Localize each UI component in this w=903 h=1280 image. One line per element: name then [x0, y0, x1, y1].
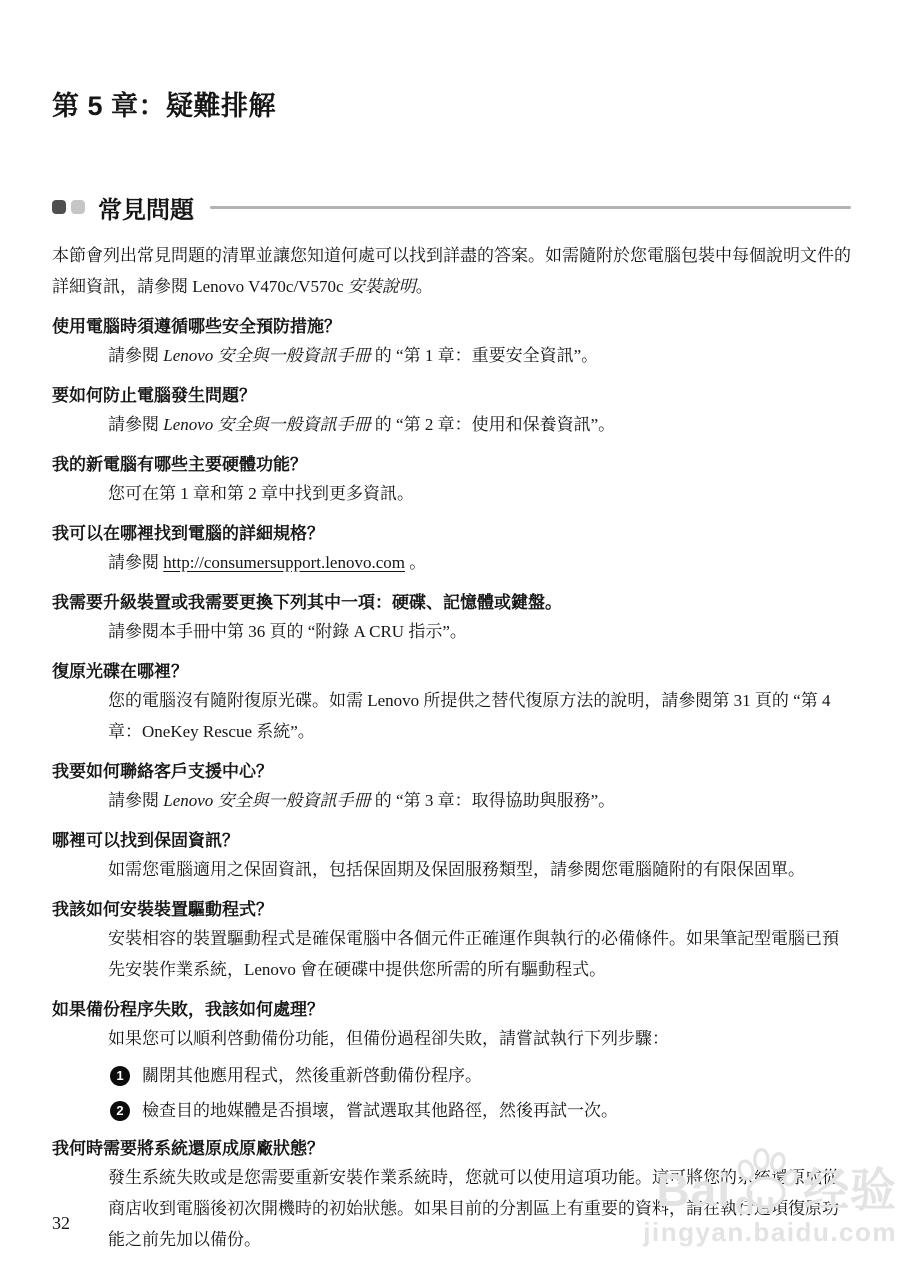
- section-bullet-dark-icon: [52, 200, 66, 214]
- answer-text: 請參閱: [108, 553, 163, 572]
- faq-item: 我該如何安裝裝置驅動程式？安裝相容的裝置驅動程式是確保電腦中各個元件正確運作與執…: [52, 897, 851, 985]
- faq-answer: 您可在第 1 章和第 2 章中找到更多資訊。: [52, 478, 851, 509]
- step-number-badge: 2: [110, 1101, 130, 1121]
- baidu-logo-bai: Bai: [656, 1167, 731, 1213]
- section-bullet-light-icon: [71, 200, 85, 214]
- faq-list: 使用電腦時須遵循哪些安全預防措施？請參閱 Lenovo 安全與一般資訊手冊 的 …: [52, 314, 851, 1255]
- answer-text: 安裝相容的裝置驅動程式是確保電腦中各個元件正確運作與執行的必備條件。如果筆記型電…: [108, 929, 839, 979]
- answer-text: 請參閱本手冊中第 36 頁的 “附錄 A CRU 指示”。: [108, 622, 467, 641]
- faq-item: 我要如何聯絡客戶支援中心？請參閱 Lenovo 安全與一般資訊手冊 的 “第 3…: [52, 759, 851, 816]
- baidu-logo-cn: 经验: [803, 1167, 897, 1213]
- doc-title-italic: 安裝說明: [348, 277, 416, 296]
- doc-title-italic: Lenovo 安全與一般資訊手冊: [163, 791, 370, 810]
- section-rule-divider: [210, 206, 851, 209]
- doc-title-italic: Lenovo 安全與一般資訊手冊: [163, 415, 370, 434]
- answer-text: 如需您電腦適用之保固資訊，包括保固期及保固服務類型，請參閱您電腦隨附的有限保固單…: [108, 860, 805, 879]
- chapter-title: 第 5 章：疑難排解: [52, 84, 851, 123]
- faq-question: 我該如何安裝裝置驅動程式？: [52, 897, 851, 923]
- faq-step: 2檢查目的地媒體是否損壞，嘗試選取其他路徑，然後再試一次。: [52, 1098, 851, 1124]
- faq-answer: 請參閱 Lenovo 安全與一般資訊手冊 的 “第 1 章：重要安全資訊”。: [52, 340, 851, 371]
- faq-item: 要如何防止電腦發生問題？請參閱 Lenovo 安全與一般資訊手冊 的 “第 2 …: [52, 383, 851, 440]
- faq-question: 我需要升級裝置或我需要更換下列其中一項：硬碟、記憶體或鍵盤。: [52, 590, 851, 616]
- intro-text-post: 。: [416, 277, 433, 296]
- faq-answer: 您的電腦沒有隨附復原光碟。如需 Lenovo 所提供之替代復原方法的說明，請參閱…: [52, 685, 851, 747]
- support-url-link[interactable]: http://consumersupport.lenovo.com: [163, 553, 405, 572]
- faq-item: 如果備份程序失敗，我該如何處理？如果您可以順利啓動備份功能，但備份過程卻失敗，請…: [52, 997, 851, 1124]
- baidu-logo: Bai du 经验: [643, 1155, 897, 1213]
- section-header: 常見問題: [52, 189, 851, 225]
- faq-question: 復原光碟在哪裡？: [52, 659, 851, 685]
- faq-question: 使用電腦時須遵循哪些安全預防措施？: [52, 314, 851, 340]
- page-number: 32: [52, 1213, 70, 1234]
- faq-step: 1關閉其他應用程式，然後重新啓動備份程序。: [52, 1063, 851, 1089]
- faq-answer: 如需您電腦適用之保固資訊，包括保固期及保固服務類型，請參閱您電腦隨附的有限保固單…: [52, 854, 851, 885]
- intro-paragraph: 本節會列出常見問題的清單並讓您知道何處可以找到詳盡的答案。如需隨附於您電腦包裝中…: [52, 240, 851, 302]
- answer-text: 的 “第 1 章：重要安全資訊”。: [371, 346, 599, 365]
- step-text: 關閉其他應用程式，然後重新啓動備份程序。: [142, 1063, 482, 1089]
- answer-text: 如果您可以順利啓動備份功能，但備份過程卻失敗，請嘗試執行下列步驟：: [108, 1029, 669, 1048]
- faq-item: 哪裡可以找到保固資訊？如需您電腦適用之保固資訊，包括保固期及保固服務類型，請參閱…: [52, 828, 851, 885]
- faq-answer: 安裝相容的裝置驅動程式是確保電腦中各個元件正確運作與執行的必備條件。如果筆記型電…: [52, 923, 851, 985]
- answer-text: 。: [405, 553, 426, 572]
- faq-answer: 如果您可以順利啓動備份功能，但備份過程卻失敗，請嘗試執行下列步驟：: [52, 1023, 851, 1054]
- faq-item: 我需要升級裝置或我需要更換下列其中一項：硬碟、記憶體或鍵盤。請參閱本手冊中第 3…: [52, 590, 851, 647]
- answer-text: 的 “第 2 章：使用和保養資訊”。: [371, 415, 616, 434]
- answer-text: 請參閱: [108, 346, 163, 365]
- answer-text: 的 “第 3 章：取得協助與服務”。: [371, 791, 616, 810]
- faq-answer: 請參閱 Lenovo 安全與一般資訊手冊 的 “第 3 章：取得協助與服務”。: [52, 785, 851, 816]
- doc-title-italic: Lenovo 安全與一般資訊手冊: [163, 346, 370, 365]
- faq-question: 我可以在哪裡找到電腦的詳細規格？: [52, 521, 851, 547]
- faq-answer: 請參閱 Lenovo 安全與一般資訊手冊 的 “第 2 章：使用和保養資訊”。: [52, 409, 851, 440]
- faq-answer: 請參閱 http://consumersupport.lenovo.com 。: [52, 547, 851, 578]
- step-text: 檢查目的地媒體是否損壞，嘗試選取其他路徑，然後再試一次。: [142, 1098, 618, 1124]
- faq-question: 要如何防止電腦發生問題？: [52, 383, 851, 409]
- faq-question: 如果備份程序失敗，我該如何處理？: [52, 997, 851, 1023]
- answer-text: 您可在第 1 章和第 2 章中找到更多資訊。: [108, 484, 414, 503]
- baidu-logo-du: du: [735, 1187, 776, 1219]
- intro-text-pre: 本節會列出常見問題的清單並讓您知道何處可以找到詳盡的答案。如需隨附於您電腦包裝中…: [52, 246, 851, 296]
- faq-question: 哪裡可以找到保固資訊？: [52, 828, 851, 854]
- faq-question: 我的新電腦有哪些主要硬體功能？: [52, 452, 851, 478]
- answer-text: 請參閱: [108, 791, 163, 810]
- faq-item: 復原光碟在哪裡？您的電腦沒有隨附復原光碟。如需 Lenovo 所提供之替代復原方…: [52, 659, 851, 747]
- baidu-paw-icon: du: [733, 1155, 799, 1215]
- answer-text: 請參閱: [108, 415, 163, 434]
- faq-question: 我要如何聯絡客戶支援中心？: [52, 759, 851, 785]
- faq-item: 我可以在哪裡找到電腦的詳細規格？請參閱 http://consumersuppo…: [52, 521, 851, 578]
- step-number-badge: 1: [110, 1066, 130, 1086]
- faq-answer: 請參閱本手冊中第 36 頁的 “附錄 A CRU 指示”。: [52, 616, 851, 647]
- faq-item: 使用電腦時須遵循哪些安全預防措施？請參閱 Lenovo 安全與一般資訊手冊 的 …: [52, 314, 851, 371]
- faq-item: 我的新電腦有哪些主要硬體功能？您可在第 1 章和第 2 章中找到更多資訊。: [52, 452, 851, 509]
- watermark: Bai du 经验 jingyan.baidu.com: [643, 1155, 897, 1248]
- watermark-url: jingyan.baidu.com: [643, 1217, 897, 1248]
- section-title: 常見問題: [98, 190, 194, 225]
- answer-text: 您的電腦沒有隨附復原光碟。如需 Lenovo 所提供之替代復原方法的說明，請參閱…: [108, 691, 830, 741]
- document-page: 第 5 章：疑難排解 常見問題 本節會列出常見問題的清單並讓您知道何處可以找到詳…: [0, 84, 903, 1255]
